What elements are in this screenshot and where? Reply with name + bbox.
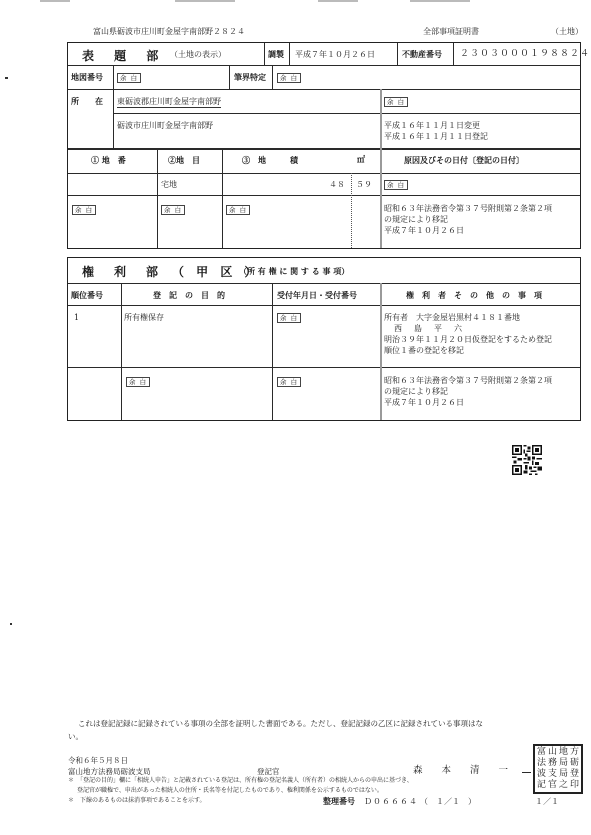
scan-artifact (410, 0, 470, 2)
seal-char: 砺 (569, 758, 580, 769)
rule (68, 195, 580, 196)
scan-artifact (40, 0, 70, 2)
rule (380, 283, 382, 420)
doc-type: 全部事項証明書 (423, 26, 479, 37)
col-cause: 原因及びその日付〔登記の日付〕 (404, 155, 524, 166)
rule (351, 173, 352, 248)
rule (68, 65, 580, 66)
seal-char: 之 (558, 780, 569, 791)
land-chiseki-int: ４８ (329, 179, 345, 190)
page-paren: （ １／１ ） (420, 796, 476, 807)
rule (68, 305, 580, 306)
page-number: １／１ (535, 796, 559, 807)
row1-kenrisha-4: 順位１番の登記を移記 (384, 345, 464, 356)
col-uketsuke: 受付年月日・受付番号 (277, 290, 357, 301)
chosei-label: 調製 (268, 49, 284, 60)
rule (222, 148, 223, 248)
rule (113, 113, 381, 114)
scan-speck (5, 77, 8, 79)
hyodai-subtitle: （土地の表示） (170, 49, 226, 60)
rule (453, 43, 454, 65)
land2-cause-1: 昭和６３年法務省令第３７号附則第２条第２項 (384, 203, 552, 214)
registrar-name: 森 本 清 一 (413, 765, 508, 776)
rule (113, 65, 114, 148)
row2-kenrisha-2: の規定により移記 (384, 386, 448, 397)
shozai-label: 所 在 (71, 96, 103, 107)
seal-char: 山 (547, 747, 558, 758)
office-name: 富山地方法務局砺波支局 (68, 766, 151, 777)
row1-mokuteki: 所有権保存 (124, 312, 164, 323)
col-chimoku: ②地 目 (168, 155, 200, 166)
land2-cause-3: 平成７年１０月２６日 (384, 225, 464, 236)
rule (272, 283, 273, 420)
row2-mokuteki: 余 白 (126, 377, 150, 387)
rule (380, 89, 382, 248)
land2-chiban: 余 白 (72, 205, 96, 215)
seal-char: 富 (536, 747, 547, 758)
doc-address: 富山県砺波市庄川町金屋字南部野２８２４ (93, 26, 245, 37)
rule (397, 43, 398, 65)
seal-char: 地 (558, 747, 569, 758)
rule (68, 173, 580, 174)
col-chiseki-unit: ㎡ (357, 154, 365, 165)
rule (381, 113, 580, 114)
shozai-new: 砺波市庄川町金屋字南部野 (117, 120, 213, 131)
row1-kenrisha-3: 明治３９年１１月２０日仮登記をするため登記 (384, 334, 552, 345)
land2-cause-2: の規定により移記 (384, 214, 448, 225)
row1-juni: 1 (74, 312, 79, 323)
rule (272, 65, 273, 89)
rule (157, 148, 158, 248)
seal-char: 登 (569, 769, 580, 780)
scan-artifact (175, 0, 235, 2)
shozai-old: 東砺波郡庄川町金屋字南部野 (117, 96, 221, 108)
row1-uketsuke: 余 白 (277, 313, 301, 323)
dash (522, 772, 531, 773)
seiri-value: Ｄ０６６６４ (364, 796, 418, 807)
hikkai-value: 余 白 (277, 73, 301, 83)
rule (68, 89, 580, 90)
row1-kenrisha-1: 所有者 大字金屋岩黒村４１８１番地 (384, 312, 520, 323)
shozai-new-cause-1: 平成１６年１１月１日変更 (384, 120, 480, 131)
fudosan-label: 不動産番号 (402, 49, 442, 60)
seal-char: 局 (558, 758, 569, 769)
land-cause: 余 白 (384, 180, 408, 190)
doc-category: （土地） (551, 26, 583, 37)
land-chimoku: 宅地 (161, 179, 177, 190)
registrar-label: 登記官 (257, 766, 280, 777)
kenri-subtitle: （所 有 権 に 関 す る 事 項） (239, 266, 349, 277)
qr-code-icon (512, 445, 542, 475)
chizu-value: 余 白 (117, 73, 141, 83)
seal-char: 印 (569, 780, 580, 791)
col-kenrisha: 権 利 者 そ の 他 の 事 項 (406, 290, 542, 301)
hyodai-title: 表 題 部 (82, 47, 166, 64)
note-2: ＊ 下線のあるものは抹消事項であることを示す。 (68, 797, 206, 805)
row1-kenrisha-2: 西 島 平 六 (384, 323, 464, 334)
shozai-new-cause-2: 平成１６年１１月１１日登記 (384, 131, 488, 142)
scan-artifact (318, 0, 358, 2)
seal-char: 官 (547, 780, 558, 791)
fudosan-value: ２３０３０００１９８８２４ (460, 49, 590, 60)
col-juni: 順位番号 (71, 290, 103, 301)
scan-speck (10, 623, 12, 625)
hyodai-frame (67, 42, 581, 249)
rule (264, 43, 265, 65)
note-1b: 登記官が職権で、申出があった相続人の住所・氏名等を付記したものであり、権利関係を… (77, 787, 383, 795)
col-mokuteki: 登 記 の 目 的 (153, 290, 225, 301)
seal-char: 務 (547, 758, 558, 769)
kenri-title: 権 利 部 （ 甲 区 ） (82, 263, 261, 280)
issue-date: 令和６年５月８日 (68, 755, 128, 766)
land2-chiseki: 余 白 (226, 205, 250, 215)
rule (68, 148, 580, 150)
row2-kenrisha-3: 平成７年１０月２６日 (384, 397, 464, 408)
certification-text-cont: い。 (68, 731, 83, 742)
seal-char: 局 (558, 769, 569, 780)
row2-kenrisha-1: 昭和６３年法務省令第３７号附則第２条第２項 (384, 375, 552, 386)
seal-char: 波 (536, 769, 547, 780)
col-chiseki: ③ 地 積 (242, 155, 298, 166)
chizu-label: 地図番号 (71, 72, 103, 83)
seal-char: 記 (536, 780, 547, 791)
shozai-old-cause: 余 白 (384, 97, 408, 107)
rule (121, 283, 122, 420)
row2-uketsuke: 余 白 (277, 377, 301, 387)
land-chiseki-dec: ５９ (356, 179, 372, 190)
seal-char: 法 (536, 758, 547, 769)
seal-char: 支 (547, 769, 558, 780)
seiri-label: 整理番号 (323, 796, 355, 807)
chosei-value: 平成７年１０月２６日 (295, 49, 375, 60)
official-seal: 富 山 地 方 法 務 局 砺 波 支 局 登 記 官 之 印 (533, 744, 583, 794)
land2-chimoku: 余 白 (161, 205, 185, 215)
seal-char: 方 (569, 747, 580, 758)
rule (68, 283, 580, 284)
hikkai-label: 筆界特定 (234, 72, 266, 83)
col-chiban: ① 地 番 (91, 155, 126, 166)
note-1a: ＊ 「登記の目的」欄に「相続人申告」と記載されている登記は、所有権の登記名義人（… (68, 777, 413, 785)
rule (229, 65, 230, 89)
rule (68, 367, 580, 368)
certification-text: これは登記記録に記録されている事項の全部を証明した書面である。ただし、登記記録の… (78, 718, 483, 729)
rule (289, 43, 290, 65)
